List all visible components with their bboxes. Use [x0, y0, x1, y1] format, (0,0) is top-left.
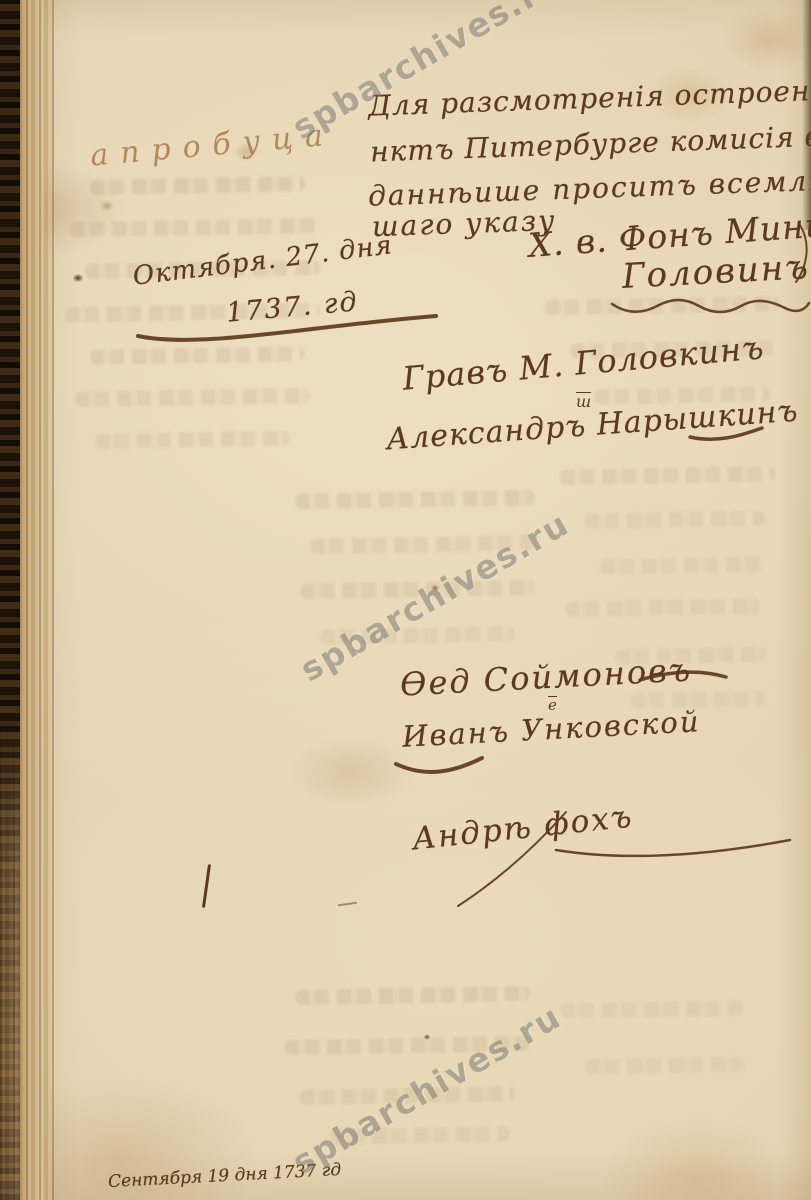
ink-stroke-vertical	[202, 864, 211, 908]
filing-note: Сентября 19 дня 1737 гд	[108, 1160, 342, 1192]
bleed-through-text	[310, 535, 535, 554]
bleed-through-text	[585, 510, 765, 528]
bleed-through-text	[560, 466, 775, 485]
bleed-through-text	[70, 218, 320, 237]
body-line-2: нктъ Питербурге комисія всепод	[370, 117, 811, 169]
signature-unkovskoy-superscript: е	[548, 696, 557, 713]
bleed-through-text	[90, 176, 305, 195]
signature-naryshkin: Александръ Нарышкинъ	[385, 394, 799, 458]
bleed-through-text	[90, 346, 305, 365]
bleed-through-text	[600, 557, 765, 575]
bleed-through-text	[75, 388, 310, 407]
signature-soymonov: Ѳед Соймоновъ	[399, 650, 693, 703]
approval-date-line2: 1737. гд	[225, 286, 360, 328]
signature-naryshkin-superscript: ш	[576, 392, 591, 410]
unkovskoy-underswash	[396, 758, 482, 772]
bleed-through-text	[320, 626, 515, 644]
bleed-through-text	[300, 580, 535, 599]
signature-unidentified: Андрѣ фохъ	[411, 799, 635, 858]
bleed-through-text	[95, 430, 290, 448]
ink-dash	[338, 902, 357, 907]
signature-golovin: Головинъ	[621, 247, 811, 297]
bleed-through-text	[560, 1000, 745, 1018]
signature-golovkin: Гравъ М. Головкинъ	[401, 328, 766, 397]
book-binding-edge	[0, 0, 54, 1200]
unidentified-tail-flourish	[556, 840, 790, 856]
body-line-3: даннѣише проситъ всемлтивѣи	[368, 160, 811, 212]
bleed-through-text	[545, 296, 780, 315]
approval-note: апробуца	[89, 117, 336, 173]
bleed-through-text	[300, 1086, 515, 1105]
bleed-through-text	[565, 598, 760, 616]
approval-date-line1: Октября. 27. дня	[131, 230, 394, 292]
watermark-bottom: spbarchives.ru	[286, 997, 568, 1183]
bleed-through-text	[295, 986, 530, 1005]
bleed-through-text	[285, 1036, 530, 1055]
golovin-underline-flourish	[612, 300, 809, 312]
bleed-through-text	[330, 1126, 510, 1144]
bleed-through-text	[295, 490, 535, 509]
manuscript-page: апробуца Октября. 27. дня 1737. гд Для р…	[0, 0, 811, 1200]
bleed-through-text	[585, 1057, 745, 1075]
body-line-1: Для разсмотренія остроенія в Са	[368, 70, 811, 122]
